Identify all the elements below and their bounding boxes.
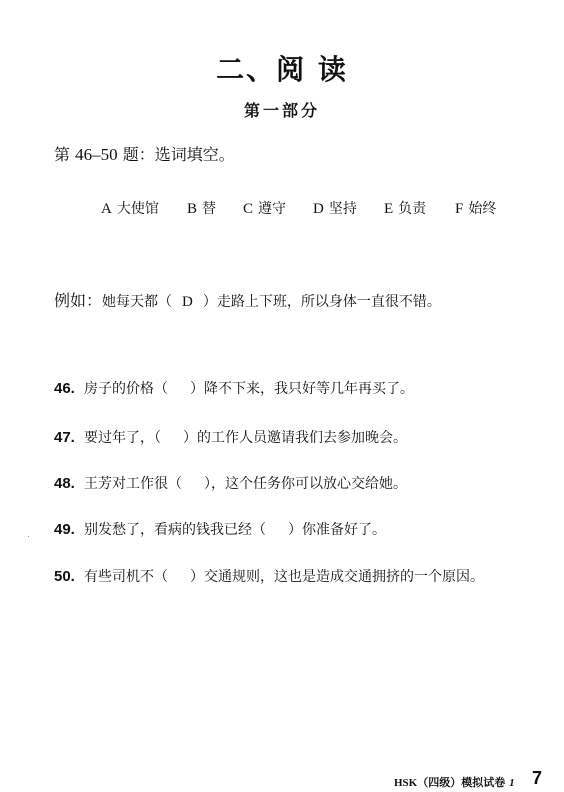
example-sentence: 例如：她每天都（D）走路上下班，所以身体一直很不错。 xyxy=(54,288,441,311)
question-before: 要过年了，（ xyxy=(84,430,161,446)
option-a: A大使馆 xyxy=(101,198,159,218)
option-e: E负责 xyxy=(384,198,426,218)
option-letter: D xyxy=(313,201,324,217)
option-letter: E xyxy=(384,201,393,217)
section-title: 二、阅 读 xyxy=(0,48,564,88)
question-before: 别发愁了，看病的钱我已经（ xyxy=(84,522,266,538)
question-50: 50.有些司机不（）交通规则，这也是造成交通拥挤的一个原因。 xyxy=(54,566,484,586)
instruction-range: 46–50 xyxy=(75,145,118,164)
option-word: 始终 xyxy=(468,201,496,217)
question-after: ），这个任务你可以放心交给她。 xyxy=(204,476,407,492)
instruction-prefix: 第 xyxy=(54,145,70,164)
question-after: ）降不下来，我只好等几年再买了。 xyxy=(190,381,414,397)
question-before: 房子的价格（ xyxy=(84,381,168,397)
option-word: 坚持 xyxy=(329,201,357,217)
option-letter: F xyxy=(455,201,463,217)
footer-exam: HSK xyxy=(394,777,417,789)
option-d: D坚持 xyxy=(313,198,357,218)
scan-speck xyxy=(28,536,29,537)
word-options: A大使馆 B替 C遵守 D坚持 E负责 F始终 xyxy=(0,198,564,220)
instruction: 第 46–50 题：选词填空。 xyxy=(54,142,235,165)
question-before: 王芳对工作很（ xyxy=(84,476,182,492)
question-number: 48. xyxy=(54,475,84,492)
page-number: 7 xyxy=(532,768,542,789)
option-word: 遵守 xyxy=(258,201,286,217)
question-number: 50. xyxy=(54,568,84,585)
example-before: 她每天都（ xyxy=(102,294,172,310)
part-title: 第一部分 xyxy=(0,98,564,121)
question-after: ）你准备好了。 xyxy=(288,522,386,538)
example-after: ）走路上下班，所以身体一直很不错。 xyxy=(203,294,441,310)
question-after: ）的工作人员邀请我们去参加晚会。 xyxy=(183,430,407,446)
footer-exam-title: HSK（四级）模拟试卷 1 xyxy=(394,774,515,790)
question-46: 46.房子的价格（）降不下来，我只好等几年再买了。 xyxy=(54,378,414,398)
example-label: 例如： xyxy=(54,291,102,310)
question-after: ）交通规则，这也是造成交通拥挤的一个原因。 xyxy=(190,569,484,585)
option-word: 大使馆 xyxy=(117,201,159,217)
question-number: 49. xyxy=(54,521,84,538)
option-word: 替 xyxy=(202,201,216,217)
question-number: 46. xyxy=(54,380,84,397)
footer-set: 1 xyxy=(509,777,515,789)
question-before: 有些司机不（ xyxy=(84,569,168,585)
question-48: 48.王芳对工作很（），这个任务你可以放心交给她。 xyxy=(54,473,407,493)
option-letter: A xyxy=(101,201,112,217)
option-b: B替 xyxy=(187,198,216,218)
question-47: 47.要过年了，（）的工作人员邀请我们去参加晚会。 xyxy=(54,427,407,447)
question-number: 47. xyxy=(54,429,84,446)
option-letter: B xyxy=(187,201,197,217)
footer-level: （四级）模拟试卷 xyxy=(417,776,505,789)
option-c: C遵守 xyxy=(243,198,286,218)
instruction-suffix: 题：选词填空。 xyxy=(123,145,235,164)
option-f: F始终 xyxy=(455,198,496,218)
option-letter: C xyxy=(243,201,253,217)
question-49: 49.别发愁了，看病的钱我已经（）你准备好了。 xyxy=(54,519,386,539)
option-word: 负责 xyxy=(398,201,426,217)
example-answer: D xyxy=(172,294,203,310)
